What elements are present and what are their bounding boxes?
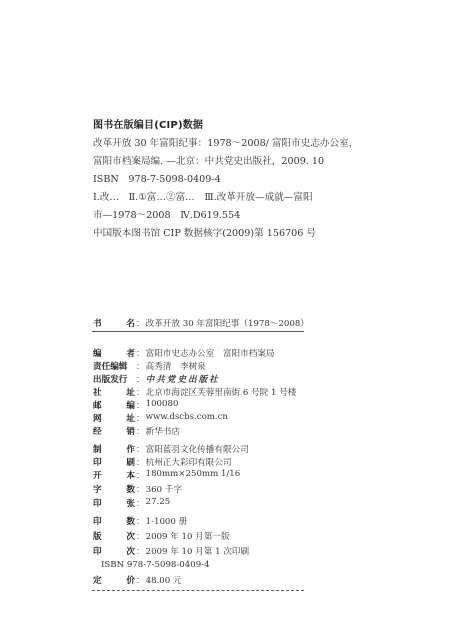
top-rule — [92, 331, 304, 332]
row-word-count: 字数：360 千字 — [93, 483, 182, 495]
row-postcode: 邮编：100080 — [93, 399, 178, 411]
publisher-logo-text: 中共党史出版社 — [146, 373, 220, 385]
cip-line: 改革开放 30 年富阳纪事：1978～2008/ 富阳市史志办公室， — [93, 135, 358, 149]
row-responsible-editor: 责任编辑：高秀清 李树泉 — [93, 360, 206, 372]
isbn: ISBN 978-7-5098-0409-4 — [101, 560, 210, 570]
bottom-rule — [92, 590, 304, 591]
row-printer: 印刷：杭州正大彩印有限公司 — [93, 456, 232, 468]
row-edition: 版次：2009 年 10 月第一版 — [93, 530, 230, 542]
row-production: 制作：富阳蓝羽文化传播有限公司 — [93, 443, 249, 455]
cip-isbn: ISBN 978-7-5098-0409-4 — [93, 171, 221, 185]
cip-line: 富阳市档案局编. —北京：中共党史出版社，2009. 10 — [93, 153, 324, 167]
cip-heading: 图书在版编目(CIP)数据 — [93, 116, 203, 131]
cip-line: 中国版本图书馆 CIP 数据核字(2009)第 156706 号 — [93, 225, 316, 239]
row-format: 开本：180mm×250mm 1/16 — [93, 469, 240, 481]
label: 书名 — [93, 317, 135, 329]
row-address: 社址：北京市海淀区芙蓉里南街 6 号院 1 号楼 — [93, 386, 296, 398]
cip-line: Ⅰ.改… Ⅱ.①富…②富… Ⅲ.改革开放—成就—富阳 — [93, 189, 313, 203]
row-editor: 编者：富阳市史志办公室 富阳市档案局 — [93, 347, 275, 359]
cip-line: 市—1978～2008 Ⅳ.D619.554 — [93, 207, 240, 221]
row-print-run: 印数：1-1000 册 — [93, 515, 187, 527]
row-website: 网址：www.dscbs.com.cn — [93, 412, 228, 424]
row-publisher: 出版发行：中共党史出版社 — [93, 373, 220, 385]
row-printing: 印次：2009 年 10 月第 1 次印刷 — [93, 545, 249, 557]
row-price: 定价：48.00 元 — [93, 574, 182, 586]
book-title: 改革开放 30 年富阳纪事（1978～2008） — [146, 317, 309, 329]
row-distributor: 经销：新华书店 — [93, 425, 180, 437]
book-title-row: 书名：改革开放 30 年富阳纪事（1978～2008） — [93, 317, 309, 329]
row-sheets: 印张：27.25 — [93, 497, 170, 509]
